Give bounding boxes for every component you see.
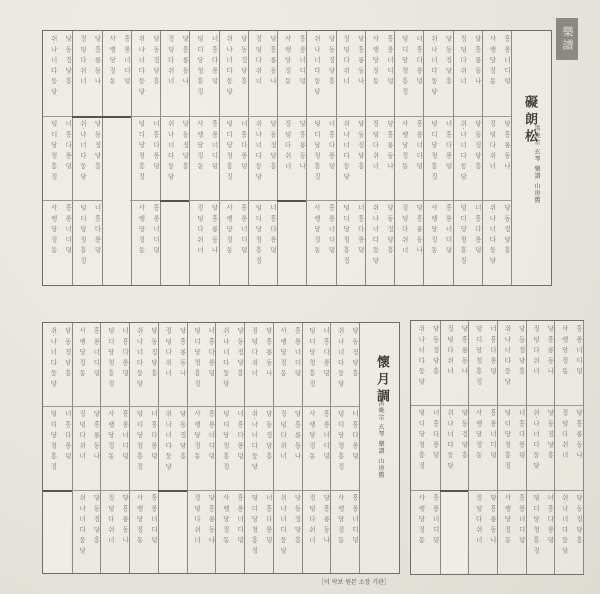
notation-text: 당 동 징 당 흥: [177, 120, 190, 197]
notation-text: 당 동 징 당 흥: [381, 204, 394, 281]
notation-text: 너 흥 다 롱 덩: [485, 325, 497, 401]
notation-text: 당 동 징 당 흥: [264, 120, 277, 197]
notation-text: 너 흥 다 롱 덩: [235, 120, 248, 197]
notation-text: 당 흥 롱 동 나: [289, 410, 301, 485]
notation-text: 너 흥 다 롱 덩: [147, 120, 160, 197]
notation-text: 징 덩 다 쉬 너: [338, 35, 351, 112]
notation-text: 흥 롱 너 디 덩: [485, 409, 497, 485]
notation-text: 당 흥 롱 동 나: [352, 35, 365, 112]
notation-text: 쉬·나 너 다 둥 당: [74, 494, 86, 569]
notation-text: 쉬·나 너 다 둥 당: [131, 327, 143, 402]
notation-text: 너 흥 다 롱 덩: [60, 120, 73, 197]
notation-text: 사 랭 당 징 동: [275, 327, 287, 402]
piece-caption-2: 洪晩宗 玄琴 樂譜 山房舊: [376, 400, 385, 479]
notation-text: 흥 롱 너 디 덩: [440, 204, 453, 281]
notation-text: 사 랭 당 징 동: [45, 204, 58, 281]
notation-text: 너 흥 다 롱 덩: [440, 120, 453, 197]
notation-text: 쉬·나 너 다 둥 당: [250, 120, 263, 197]
empty-cell: [441, 491, 468, 573]
notation-text: 너 흥 다 롱 덩: [411, 35, 424, 112]
notation-text: 쉬·나 너 다 둥 당: [308, 35, 321, 112]
grid-column-line: [100, 323, 101, 573]
notation-text: 당 흥 롱 동 나: [411, 204, 424, 281]
section-end-bar: [277, 200, 306, 202]
notation-text: 당 동 징 당 흥: [260, 410, 272, 485]
notation-text: 쉬·나 너 다 둥 당: [413, 325, 425, 401]
notation-text: 너 흥 다 롱 덩: [206, 35, 219, 112]
notation-text: 당 흥 롱 동 나: [117, 494, 129, 569]
notation-text: 징 덩 다 쉬 너: [74, 35, 87, 112]
notation-text: 쉬·나 너 다 둥 당: [74, 120, 87, 197]
empty-cell: [159, 491, 186, 572]
notation-text: 징 덩 다 쉬 너: [470, 494, 482, 570]
notation-text: 징 덩 다 쉬 너: [484, 120, 497, 197]
notation-text: 당 동 징 당 흥: [232, 327, 244, 402]
grid-row-line: [43, 406, 359, 407]
notation-text: 너 흥 다 롱 덩: [427, 409, 439, 485]
notation-text: 쉬·나 너 다 둥 당: [367, 204, 380, 281]
grid-column-line: [306, 31, 307, 285]
notation-text: 쉬·나 너 다 둥 당: [338, 120, 351, 197]
notation-text: 덩 디 당 청 흥 징: [102, 327, 114, 402]
grid-column-line: [526, 321, 527, 574]
notation-text: 징 덩 다 쉬 너: [528, 325, 540, 401]
notation-text: 당 동 징 당 흥: [352, 120, 365, 197]
grid-column-line: [302, 323, 303, 573]
notation-text: 징 덩 다 쉬 너: [279, 120, 292, 197]
grid-column-line: [336, 31, 337, 285]
grid-column-line: [511, 31, 512, 285]
notation-text: 쉬·나 너 다 둥 당: [455, 120, 468, 197]
notation-text: 덩 디 당 청 흥 징: [332, 410, 344, 485]
notation-text: 흥 롱 너 디 덩: [513, 494, 525, 570]
notation-text: 너 흥 다 롱 덩: [318, 327, 330, 402]
grid-column-line: [248, 31, 249, 285]
notation-text: 당 동 징 당 흥: [427, 325, 439, 401]
notation-text: 덩 디 당 청 흥 징: [413, 409, 425, 485]
notation-text: 쉬·나 너 다 둥 당: [332, 327, 344, 402]
notation-text: 사 랭 당 징 동: [308, 204, 321, 281]
notation-text: 당 동 징 당 흥: [498, 204, 511, 281]
notation-text: 쉬·나 너 다 둥 당: [221, 35, 234, 112]
notation-text: 징 덩 다 쉬 너: [275, 410, 287, 485]
notation-text: 징 덩 다 쉬 너: [191, 204, 204, 281]
notation-text: 덩 디 당 청 흥 징: [74, 204, 87, 281]
notation-text: 쉬·나 너 다 둥 당: [556, 494, 568, 570]
notation-text: 흥 롱 너 디 덩: [347, 494, 359, 569]
notation-text: 당 흥 롱 동 나: [203, 494, 215, 569]
notation-text: 당 동 징 당 흥: [440, 35, 453, 112]
piece-caption-1: 洪晩宗 玄琴 樂譜 山房舊: [532, 125, 541, 204]
grid-column-line: [187, 323, 188, 573]
notation-text: 너 흥 다 롱 덩: [59, 410, 71, 485]
notation-text: 너 흥 다 롱 덩: [232, 410, 244, 485]
grid-column-line: [394, 31, 395, 285]
grid-row-line: [411, 490, 583, 491]
notation-text: 당 동 징 당 흥: [347, 327, 359, 402]
notation-text: 징 덩 다 쉬 너: [189, 494, 201, 569]
notation-text: 흥 롱 너 디 덩: [289, 327, 301, 402]
empty-cell: [103, 117, 130, 284]
notation-text: 흥 롱 너 디 덩: [147, 204, 160, 281]
section-end-bar: [102, 116, 131, 118]
notation-text: 당 흥 롱 동 나: [456, 325, 468, 401]
notation-text: 사 랭 당 징 동: [367, 35, 380, 112]
notation-text: 흥 롱 너 디 덩: [427, 494, 439, 570]
notation-text: 쉬·나 너 다 둥 당: [133, 35, 146, 112]
grid-column-line: [423, 31, 424, 285]
notation-text: 당 동 징 당 흥: [60, 35, 73, 112]
notation-text: 너 흥 다 롱 덩: [323, 120, 336, 197]
notation-text: 덩 디 당 청 흥 징: [189, 327, 201, 402]
notation-text: 너 흥 다 롱 덩: [513, 409, 525, 485]
notation-text: 사 랭 당 징 동: [556, 325, 568, 401]
notation-text: 당 흥 롱 동 나: [571, 409, 583, 485]
notation-text: 쉬·나 너 다 둥 당: [45, 327, 57, 402]
notation-text: 너 흥 다 롱 덩: [264, 204, 277, 281]
notation-text: 당 흥 롱 동 나: [318, 494, 330, 569]
source-footnote: ［이 악보 원본 소장 기관］: [318, 577, 390, 586]
notation-text: 사 랭 당 징 동: [425, 204, 438, 281]
notation-text: 덩 디 당 청 흥 징: [45, 410, 57, 485]
notation-text: 덩 디 당 청 흥 징: [499, 409, 511, 485]
notation-text: 너 흥 다 롱 덩: [146, 410, 158, 485]
grid-column-line: [244, 323, 245, 573]
notation-text: 쉬·나 너 다 둥 당: [246, 410, 258, 485]
notation-text: 흥 롱 너 디 덩: [411, 120, 424, 197]
notation-text: 덩 디 당 청 흥 징: [217, 410, 229, 485]
notation-text: 당 동 징 당 흥: [289, 494, 301, 569]
notation-text: 쉬·나 너 다 둥 당: [499, 325, 511, 401]
notation-text: 사 랭 당 징 동: [332, 494, 344, 569]
notation-text: 사 랭 당 징 동: [217, 494, 229, 569]
notation-text: 너 흥 다 롱 덩: [469, 204, 482, 281]
notation-text: 당 동 징 당 흥: [174, 410, 186, 485]
notation-text: 너 흥 다 롱 덩: [347, 410, 359, 485]
grid-column-line: [215, 323, 216, 573]
notation-text: 당 흥 롱 동 나: [174, 327, 186, 402]
notation-text: 너 흥 다 롱 덩: [203, 327, 215, 402]
notation-text: 사 랭 당 징 동: [74, 327, 86, 402]
grid-column-line: [554, 321, 555, 574]
notation-text: 당 흥 롱 동 나: [485, 494, 497, 570]
empty-cell: [161, 201, 188, 284]
notation-text: 당 동 징 당 흥: [147, 35, 160, 112]
notation-text: 사 랭 당 징 동: [396, 120, 409, 197]
notation-text: 흥 롱 너 디 덩: [88, 327, 100, 402]
notation-text: 당 동 징 당 흥: [513, 325, 525, 401]
grid-column-line: [189, 31, 190, 285]
notation-text: 너 흥 다 롱 덩: [117, 327, 129, 402]
notation-text: 사 랭 당 징 동: [133, 204, 146, 281]
notation-text: 쉬·나 너 다 둥 당: [45, 35, 58, 112]
notation-text: 당 흥 롱 동 나: [542, 325, 554, 401]
notation-text: 덩 디 당 청 흥 징: [221, 120, 234, 197]
notation-text: 사 랭 당 징 동: [189, 410, 201, 485]
notation-text: 덩 디 당 청 흥 징: [338, 204, 351, 281]
notation-text: 흥 롱 너 디 덩: [235, 204, 248, 281]
grid-column-line: [468, 321, 469, 574]
notation-text: 쉬·나 너 다 둥 당: [275, 494, 287, 569]
notation-text: 당 동 징 당 흥: [88, 494, 100, 569]
score-panel-top: 쉬·나 너 다 둥 당당 동 징 당 흥덩 디 당 청 흥 징너 흥 다 롱 덩…: [42, 30, 552, 286]
notation-text: 흥 롱 너 디 덩: [498, 35, 511, 112]
notation-text: 징 덩 다 쉬 너: [102, 494, 114, 569]
notation-text: 너 흥 다 롱 덩: [542, 494, 554, 570]
notation-text: 흥 롱 너 디 덩: [60, 204, 73, 281]
notation-text: 당 흥 롱 동 나: [177, 35, 190, 112]
notation-text: 사 랭 당 징 동: [221, 204, 234, 281]
notation-text: 덩 디 당 청 흥 징: [304, 327, 316, 402]
notation-text: 징 덩 다 쉬 너: [74, 410, 86, 485]
notation-text: 쉬·나 너 다 둥 당: [217, 327, 229, 402]
notation-text: 흥 롱 너 디 덩: [206, 120, 219, 197]
grid-column-line: [482, 31, 483, 285]
notation-text: 사 랭 당 징 동: [484, 35, 497, 112]
notation-text: 너 흥 다 롱 덩: [352, 204, 365, 281]
notation-text: 당 흥 롱 동 나: [264, 35, 277, 112]
section-end-bar: [158, 490, 187, 492]
notation-text: 징 덩 다 쉬 너: [162, 35, 175, 112]
section-end-bar: [440, 490, 469, 492]
notation-text: 징 덩 다 쉬 너: [367, 120, 380, 197]
notation-text: 징 덩 다 쉬 너: [160, 327, 172, 402]
notation-text: 흥 롱 너 디 덩: [232, 494, 244, 569]
piece-title-2: 懷月調: [372, 355, 391, 406]
grid-column-line: [359, 323, 360, 573]
notation-text: 흥 롱 너 디 덩: [318, 410, 330, 485]
notation-text: 쉬·나 너 다 둥 당: [442, 409, 454, 485]
section-end-bar: [72, 116, 101, 118]
grid-column-line: [273, 323, 274, 573]
notation-text: 사 랭 당 징 동: [104, 35, 117, 112]
notation-text: 징 덩 다 쉬 너: [396, 204, 409, 281]
grid-column-line: [72, 31, 73, 285]
notation-text: 너 흥 다 롱 덩: [260, 494, 272, 569]
notation-text: 당 동 징 당 흥: [323, 35, 336, 112]
notation-text: 당 흥 롱 동 나: [260, 327, 272, 402]
notation-text: 쉬·나 너 다 둥 당: [484, 204, 497, 281]
notation-text: 덩 디 당 청 흥 징: [455, 204, 468, 281]
notation-text: 흥 롱 너 디 덩: [118, 35, 131, 112]
notation-text: 징 덩 다 쉬 너: [455, 35, 468, 112]
empty-cell: [44, 491, 71, 572]
grid-column-line: [453, 31, 454, 285]
notation-text: 너 흥 다 롱 덩: [89, 204, 102, 281]
notation-text: 덩 디 당 청 흥 징: [396, 35, 409, 112]
notation-text: 당 동 징 당 흥: [542, 409, 554, 485]
notation-text: 징 덩 다 쉬 너: [246, 327, 258, 402]
notation-text: 당 동 징 당 흥: [89, 120, 102, 197]
grid-column-line: [365, 31, 366, 285]
page-label: 樂譜: [556, 18, 578, 60]
notation-text: 흥 롱 너 디 덩: [203, 410, 215, 485]
notation-text: 흥 롱 너 디 덩: [323, 204, 336, 281]
notation-text: 징 덩 다 쉬 너: [556, 409, 568, 485]
notation-text: 덩 디 당 청 흥 징: [425, 120, 438, 197]
grid-row-line: [43, 490, 359, 491]
notation-text: 징 덩 다 쉬 너: [250, 35, 263, 112]
notation-text: 흥 롱 너 디 덩: [294, 35, 307, 112]
notation-text: 사 랭 당 징 동: [191, 120, 204, 197]
notation-text: 덩 디 당 청 흥 징: [133, 120, 146, 197]
notation-text: 덩 디 당 청 흥 징: [250, 204, 263, 281]
grid-column-line: [497, 321, 498, 574]
notation-text: 쉬·나 너 다 둥 당: [425, 35, 438, 112]
notation-text: 징 덩 다 쉬 너: [442, 325, 454, 401]
notation-text: 사 랭 당 징 동: [279, 35, 292, 112]
notation-text: 사 랭 당 징 동: [470, 409, 482, 485]
notation-text: 덩 디 당 청 흥 징: [528, 494, 540, 570]
notation-text: 사 랭 당 징 동: [102, 410, 114, 485]
grid-column-line: [131, 31, 132, 285]
grid-column-line: [72, 323, 73, 573]
notation-text: 당 동 징 당 흥: [571, 494, 583, 570]
notation-text: 징 덩 다 쉬 너: [304, 494, 316, 569]
notation-text: 덩 디 당 청 흥 징: [45, 120, 58, 197]
notation-text: 당 동 징 당 흥: [235, 35, 248, 112]
notation-text: 흥 롱 너 디 덩: [571, 325, 583, 401]
notation-text: 쉬·나 너 다 둥 당: [160, 410, 172, 485]
notation-text: 흥 롱 너 디 덩: [381, 35, 394, 112]
notation-text: 당 흥 롱 동 나: [89, 35, 102, 112]
notation-text: 덩 디 당 청 흥 징: [470, 325, 482, 401]
notation-text: 쉬·나 너 다 둥 당: [162, 120, 175, 197]
notation-text: 흥 롱 너 디 덩: [146, 494, 158, 569]
grid-column-line: [583, 321, 584, 574]
notation-text: 쉬·나 너 다 둥 당: [528, 409, 540, 485]
notation-text: 사 랭 당 징 동: [413, 494, 425, 570]
notation-text: 당 동 징 당 흥: [456, 409, 468, 485]
notation-text: 당 동 징 당 흥: [469, 120, 482, 197]
notation-text: 사 랭 당 징 동: [499, 494, 511, 570]
section-end-bar: [160, 200, 189, 202]
notation-text: 덩 디 당 청 흥 징: [131, 410, 143, 485]
score-panel-bottom-right: 쉬·나 너 다 둥 당당 동 징 당 흥덩 디 당 청 흥 징너 흥 다 롱 덩…: [410, 320, 584, 575]
notation-text: 당 흥 롱 동 나: [381, 120, 394, 197]
grid-row-line: [411, 405, 583, 406]
grid-column-line: [330, 323, 331, 573]
notation-text: 당 동 징 당 흥: [146, 327, 158, 402]
notation-text: 당 흥 롱 동 나: [498, 120, 511, 197]
notation-text: 당 동 징 당 흥: [59, 327, 71, 402]
notation-text: 당 흥 롱 동 나: [294, 120, 307, 197]
notation-text: 당 흥 롱 동 나: [469, 35, 482, 112]
empty-cell: [278, 201, 305, 284]
section-end-bar: [43, 490, 72, 492]
grid-column-line: [129, 323, 130, 573]
notation-text: 사 랭 당 징 동: [131, 494, 143, 569]
notation-text: 사 랭 당 징 동: [304, 410, 316, 485]
notation-text: 당 흥 롱 동 나: [206, 204, 219, 281]
notation-text: 당 흥 롱 동 나: [88, 410, 100, 485]
notation-text: 덩 디 당 청 흥 징: [308, 120, 321, 197]
score-panel-bottom-left: 쉬·나 너 다 둥 당당 동 징 당 흥덩 디 당 청 흥 징너 흥 다 롱 덩…: [42, 322, 400, 574]
grid-column-line: [219, 31, 220, 285]
notation-text: 덩 디 당 청 흥 징: [246, 494, 258, 569]
notation-text: 흥 롱 너 디 덩: [117, 410, 129, 485]
notation-text: 덩 디 당 청 흥 징: [191, 35, 204, 112]
